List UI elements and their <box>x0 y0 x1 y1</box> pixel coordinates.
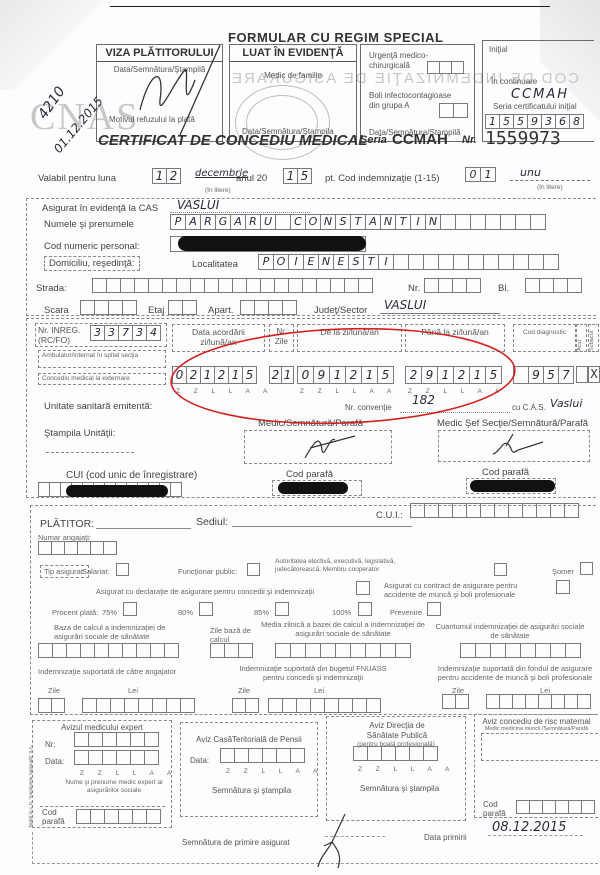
char-cell <box>240 300 255 315</box>
char-cell <box>268 698 283 713</box>
fnuass-label: Indemnizaţie suportată din bugetul FNUAS… <box>228 664 398 682</box>
char-cell <box>424 278 439 293</box>
char-cell <box>122 300 137 315</box>
angajator-zile-field[interactable] <box>38 698 64 713</box>
cod-parafa-medic-redaction <box>278 482 348 494</box>
char-cell: N <box>318 254 334 270</box>
char-cell <box>82 698 97 713</box>
char-cell: 1 <box>480 167 496 182</box>
char-cell <box>248 748 263 763</box>
char-cell <box>530 214 546 230</box>
char-cell <box>116 732 131 747</box>
char-cell <box>302 278 317 293</box>
char-cell: 7 <box>558 366 574 384</box>
char-cell: 5 <box>543 366 559 384</box>
char-cell: P <box>258 254 274 270</box>
declaratie-box <box>356 581 369 595</box>
baza-label: Baza de calcul a indemnizaţiei de asigur… <box>54 623 184 641</box>
initial-label: Iniţial <box>489 45 508 54</box>
char-cell <box>108 643 123 658</box>
char-cell <box>218 278 233 293</box>
char-cell: 5 <box>513 114 528 129</box>
char-cell <box>66 643 81 658</box>
de-la-header: De la zi/lună/an <box>297 324 402 352</box>
pana-la-digits: 291215 <box>405 366 501 384</box>
char-cell <box>553 278 568 293</box>
char-cell <box>542 800 556 814</box>
cod-diagnostic-digits: 957 <box>513 366 573 384</box>
char-cell <box>438 254 454 270</box>
nr-zile-digits: 21 <box>269 366 293 384</box>
char-cell: 5 <box>242 366 257 384</box>
scara-field[interactable] <box>80 300 136 315</box>
char-cell <box>288 278 303 293</box>
char-cell <box>395 746 410 761</box>
char-cell: 9 <box>421 366 438 384</box>
medic-familie-label: Medic de familie <box>230 71 356 80</box>
char-cell <box>305 643 321 658</box>
char-cell <box>452 503 467 518</box>
seria-label: Seria <box>360 134 387 146</box>
procent-80-label: 80% <box>178 608 193 617</box>
payer-cui-label: C.U.I.: <box>376 510 403 521</box>
char-cell <box>367 746 382 761</box>
char-cell <box>245 698 259 713</box>
char-cell <box>134 278 149 293</box>
char-cell <box>581 800 595 814</box>
valabil-label: Valabil pentru luna <box>38 173 116 184</box>
procent-75-checkbox[interactable] <box>123 602 137 616</box>
cu-cas-value: Vaslui <box>550 397 582 410</box>
cod-words: unu <box>520 166 541 179</box>
year-digits: 15 <box>283 168 311 184</box>
somer-label: Şomer <box>552 567 574 576</box>
char-cell <box>380 643 396 658</box>
char-cell <box>152 698 167 713</box>
angajator-lei-field[interactable] <box>82 698 194 713</box>
char-cell <box>344 278 359 293</box>
acut-checkbox[interactable] <box>576 366 588 383</box>
fond-label: Indemnizaţie suportată din fondul de asi… <box>435 664 595 682</box>
char-cell: E <box>303 254 319 270</box>
char-cell <box>90 541 104 555</box>
char-cell: 1 <box>152 168 167 184</box>
char-cell <box>577 694 591 709</box>
char-cell <box>254 300 269 315</box>
initial-box: Iniţial În continuare CCMAH Seria certif… <box>482 40 594 142</box>
char-cell: 9 <box>527 114 542 129</box>
char-cell: 9 <box>528 366 544 384</box>
char-cell: 3 <box>90 325 105 341</box>
unitate-label: Unitate sanitară emitentă: <box>44 401 152 412</box>
char-cell <box>130 732 145 747</box>
street-number-field[interactable] <box>424 278 480 293</box>
char-cell <box>508 503 523 518</box>
char-cell: C <box>290 214 306 230</box>
char-cell <box>324 698 339 713</box>
somer-checkbox[interactable] <box>580 562 593 575</box>
char-cell <box>470 214 486 230</box>
char-cell <box>520 643 536 658</box>
char-cell <box>424 503 439 518</box>
procent-85-box <box>275 602 288 616</box>
autoritatea-checkbox[interactable] <box>494 563 507 576</box>
char-cell <box>108 300 123 315</box>
char-cell <box>38 541 52 555</box>
char-cell: O <box>273 254 289 270</box>
etaj-label: Etaj <box>148 305 164 316</box>
apart-field[interactable] <box>240 300 296 315</box>
char-cell <box>564 694 578 709</box>
char-cell <box>516 800 530 814</box>
char-cell <box>365 643 381 658</box>
char-cell: 1 <box>361 366 378 384</box>
char-cell <box>525 278 540 293</box>
char-cell <box>224 643 239 658</box>
expert-name-label: Nume şi prenume medic expert al asigurăr… <box>64 779 164 795</box>
expert-title: Avizul medicului expert <box>33 723 171 732</box>
bloc-field[interactable] <box>525 278 581 293</box>
char-cell: 9 <box>313 366 330 384</box>
baza-field[interactable] <box>38 643 178 658</box>
char-cell <box>268 300 283 315</box>
char-cell <box>290 643 306 658</box>
seria-value: CCMAH <box>392 131 448 148</box>
subacut-label: Subacut <box>588 324 599 352</box>
dsp-zzllaa: Z Z L L A A <box>358 766 455 773</box>
acut-box <box>576 366 587 383</box>
char-cell: 3 <box>104 325 119 341</box>
expert-zzllaa: Z Z L L A A <box>80 770 177 777</box>
char-cell <box>122 643 137 658</box>
data-primirii-label: Data primirii <box>424 833 467 842</box>
char-cell: A <box>230 214 246 230</box>
urgenta-checkboxes <box>427 61 463 74</box>
char-cell <box>408 254 424 270</box>
char-cell: 2 <box>214 366 229 384</box>
char-cell <box>234 748 249 763</box>
cod-indemnizatie-label: pt. Cod indemnizaţie (1-15) <box>325 173 440 184</box>
char-cell <box>106 278 121 293</box>
char-cell <box>118 809 133 824</box>
payer-cui-field[interactable] <box>410 503 578 518</box>
fnuass-lei-field[interactable] <box>268 698 380 713</box>
zile-baza-label: Zile bază de calcul <box>210 626 254 644</box>
ambulator-label: Ambulator/internat în spital secţia <box>38 350 166 368</box>
fond-zile-field[interactable] <box>442 694 468 709</box>
char-cell: 5 <box>297 168 312 184</box>
char-cell <box>102 750 117 765</box>
char-cell <box>94 300 109 315</box>
salariat-box <box>116 563 128 576</box>
char-cell <box>480 503 495 518</box>
zile-baza-field[interactable] <box>210 643 252 658</box>
expert-nr-field[interactable] <box>74 732 158 747</box>
inreg-digits: 33734 <box>90 325 160 341</box>
cod-parafa-sef-redaction <box>470 480 555 492</box>
zzllaa-hint-2: Z Z L L A A <box>300 388 397 395</box>
procent-80-checkbox[interactable] <box>199 602 213 616</box>
char-cell <box>440 214 456 230</box>
cod-parafa-medic-label: Cod parafă <box>286 469 333 480</box>
contract-box <box>556 580 569 594</box>
char-cell: 0 <box>465 167 481 182</box>
declaratie-checkbox[interactable] <box>356 581 370 595</box>
char-cell <box>144 750 159 765</box>
char-cell: T <box>395 214 411 230</box>
char-cell: I <box>288 254 304 270</box>
autoritatea-box <box>494 563 506 576</box>
localitate-field[interactable]: POIENESTI <box>258 254 558 270</box>
char-cell <box>290 748 305 763</box>
stampila-label: Ştampila Unităţii: <box>44 428 115 439</box>
char-cell <box>536 503 551 518</box>
char-cell <box>51 541 65 555</box>
risc-cod-parafa-label: Cod parafă <box>483 800 511 818</box>
char-cell <box>166 698 181 713</box>
subacut-checkbox[interactable]: X <box>588 366 600 383</box>
char-cell <box>551 694 565 709</box>
pensii-data-field[interactable] <box>220 748 304 763</box>
de-la-digits: 091215 <box>297 366 393 384</box>
char-cell <box>550 643 566 658</box>
char-cell <box>438 503 453 518</box>
nr-zile-label: Nr. Zile <box>270 327 293 347</box>
medic-sef-label: Medic Şef Secţie/Semnătură/Parafă <box>437 418 588 429</box>
char-cell: I <box>410 214 426 230</box>
serie-initial-digits: 1559368 <box>485 114 583 129</box>
char-cell: 1 <box>228 366 243 384</box>
sediul-label: Sediul: <box>196 516 228 528</box>
char-cell <box>453 254 469 270</box>
char-cell <box>88 732 103 747</box>
procent-75-box <box>123 602 136 616</box>
char-cell: G <box>215 214 231 230</box>
zzllaa-hint-1: Z Z L L A A <box>176 388 273 395</box>
cuantum-field[interactable] <box>460 643 580 658</box>
char-cell: 0 <box>297 366 314 384</box>
char-cell <box>96 698 111 713</box>
char-cell <box>282 300 297 315</box>
char-cell: 2 <box>453 366 470 384</box>
char-cell <box>438 278 453 293</box>
char-cell <box>232 278 247 293</box>
char-cell: P <box>170 214 186 230</box>
char-cell: A <box>185 214 201 230</box>
char-cell: 8 <box>569 114 584 129</box>
prevenire-box <box>427 602 440 616</box>
char-cell <box>466 278 481 293</box>
insured-signature <box>310 812 360 870</box>
fond-lei-field[interactable] <box>486 694 590 709</box>
char-cell <box>330 278 345 293</box>
semnatura-primire-label: Semnătura de primire asigurat <box>182 838 290 847</box>
char-cell: 1 <box>329 366 346 384</box>
char-cell: R <box>245 214 261 230</box>
char-cell <box>130 750 145 765</box>
char-cell <box>232 698 246 713</box>
pensii-data-label: Data: <box>190 756 209 765</box>
char-cell <box>296 698 311 713</box>
char-cell <box>262 748 277 763</box>
char-cell: 5 <box>485 366 502 384</box>
expert-cod-parafa-field[interactable] <box>76 809 160 824</box>
urgenta-checkbox[interactable] <box>451 61 464 74</box>
localitate-label: Localitatea <box>192 259 238 270</box>
char-cell <box>38 698 52 713</box>
functionar-label: Funcţionar public: <box>178 567 237 576</box>
boli-checkbox[interactable] <box>453 103 468 118</box>
char-cell <box>103 541 117 555</box>
char-cell <box>144 732 159 747</box>
procent-80-box <box>199 602 212 616</box>
char-cell <box>180 698 195 713</box>
char-cell <box>38 643 53 658</box>
procent-100-label: 100% <box>332 608 351 617</box>
char-cell <box>395 643 411 658</box>
medical-certificate-scan: CNAS COD DE INDEMNIZAŢIE DE ASIGURARE FO… <box>0 0 600 875</box>
strada-label: Strada: <box>36 283 67 294</box>
char-cell <box>565 643 581 658</box>
char-cell <box>138 698 153 713</box>
char-cell <box>146 809 161 824</box>
char-cell: 3 <box>132 325 147 341</box>
cui-label: CUI (cod unic de înregistrare) <box>66 470 197 481</box>
char-cell <box>460 643 476 658</box>
year-label: anul 20 <box>236 173 267 184</box>
expert-data-label: Data: <box>45 757 64 766</box>
char-cell <box>500 214 516 230</box>
char-cell <box>176 278 191 293</box>
char-cell: U <box>260 214 276 230</box>
full-name-field[interactable]: PARGARUCONSTANTIN <box>170 214 545 230</box>
char-cell: E <box>333 254 349 270</box>
nr-street-label: Nr. <box>408 283 420 294</box>
char-cell: 2 <box>405 366 422 384</box>
contract-label: Asigurat cu contract de asigurare pentru… <box>384 581 524 599</box>
name-label: Numele şi prenumele <box>44 219 134 230</box>
scara-label: Scara <box>44 305 69 316</box>
cnp-label: Cod numeric personal: <box>44 241 140 252</box>
char-cell <box>190 278 205 293</box>
char-cell <box>148 278 163 293</box>
char-cell <box>366 698 381 713</box>
cod-diagnostic-header: Cod diagnostic <box>513 324 576 352</box>
contract-checkbox[interactable] <box>556 580 570 594</box>
char-cell <box>423 254 439 270</box>
numar-angajati-field[interactable] <box>38 541 116 555</box>
char-cell <box>260 278 275 293</box>
char-cell <box>494 503 509 518</box>
data-acordarii-digits: 021215 <box>172 366 256 384</box>
somer-box <box>580 562 592 575</box>
char-cell <box>275 214 291 230</box>
char-cell <box>316 278 331 293</box>
char-cell <box>381 746 396 761</box>
media-field[interactable] <box>275 643 410 658</box>
procent-100-checkbox[interactable] <box>358 602 372 616</box>
char-cell <box>120 278 135 293</box>
char-cell <box>393 254 409 270</box>
angajator-zile-label: Zile <box>48 686 60 695</box>
printer-side-note: Tipărit la C.N. "Imprimeria Naţională" S… <box>28 745 33 828</box>
judet-line <box>380 313 500 314</box>
dsp-data-field[interactable] <box>353 746 437 761</box>
char-cell <box>513 366 529 384</box>
char-cell: 2 <box>345 366 362 384</box>
char-cell <box>90 809 105 824</box>
risc-cod-parafa-field[interactable] <box>516 800 594 814</box>
medic-sef-signature <box>488 432 548 460</box>
subacut-box: X <box>588 366 599 383</box>
month-digits: 12 <box>152 168 180 184</box>
risc-signature-box <box>481 733 598 761</box>
serie-initial-handwritten: CCMAH <box>511 87 569 102</box>
procent-85-checkbox[interactable] <box>275 602 289 616</box>
char-cell <box>505 643 521 658</box>
expert-data-field[interactable] <box>74 750 158 765</box>
char-cell: 1 <box>485 114 500 129</box>
cui-redaction <box>66 485 168 497</box>
acut-label: Acut <box>576 324 587 352</box>
char-cell <box>338 698 353 713</box>
char-cell: 2 <box>186 366 201 384</box>
etaj-field[interactable] <box>168 300 196 315</box>
cod-in-litere: (în litere) <box>537 184 563 191</box>
char-cell <box>136 643 151 658</box>
char-cell <box>132 809 147 824</box>
procent-75-label: 75% <box>102 608 117 617</box>
apart-label: Apart. <box>208 305 233 316</box>
char-cell <box>423 746 438 761</box>
char-cell <box>274 278 289 293</box>
fnuass-zile-field[interactable] <box>232 698 258 713</box>
procent-85-label: 85% <box>254 608 269 617</box>
char-cell <box>320 643 336 658</box>
expert-divider <box>40 806 165 807</box>
de-la-label: De la zi/lună/an <box>298 327 401 337</box>
char-cell: 3 <box>541 114 556 129</box>
char-cell <box>525 694 539 709</box>
char-cell <box>116 750 131 765</box>
char-cell: 0 <box>172 366 187 384</box>
functionar-checkbox[interactable] <box>247 563 260 576</box>
char-cell: R <box>200 214 216 230</box>
char-cell <box>543 254 559 270</box>
risc-sub: Medic medicina muncii /Semnătura/Parafă <box>475 726 598 732</box>
boli-checkbox[interactable] <box>439 103 454 118</box>
strada-field[interactable] <box>92 278 372 293</box>
cod-parafa-sef-label: Cod parafă <box>482 467 529 478</box>
char-cell <box>452 278 467 293</box>
char-cell <box>182 300 197 315</box>
prevenire-checkbox[interactable] <box>427 602 441 616</box>
char-cell <box>568 800 582 814</box>
platitor-label: PLĂTITOR: <box>40 518 94 530</box>
char-cell <box>442 694 456 709</box>
char-cell <box>499 694 513 709</box>
char-cell <box>485 214 501 230</box>
salariat-checkbox[interactable] <box>116 563 129 576</box>
char-cell: 1 <box>200 366 215 384</box>
serie-initial-label: Seria certificatului iniţial <box>493 102 577 111</box>
pana-la-header: Până la zi/lună/an <box>405 324 505 352</box>
cod-indemnizatie-digits: 01 <box>465 167 495 182</box>
char-cell <box>238 643 253 658</box>
char-cell <box>550 503 565 518</box>
char-cell: S <box>348 254 364 270</box>
char-cell <box>522 503 537 518</box>
